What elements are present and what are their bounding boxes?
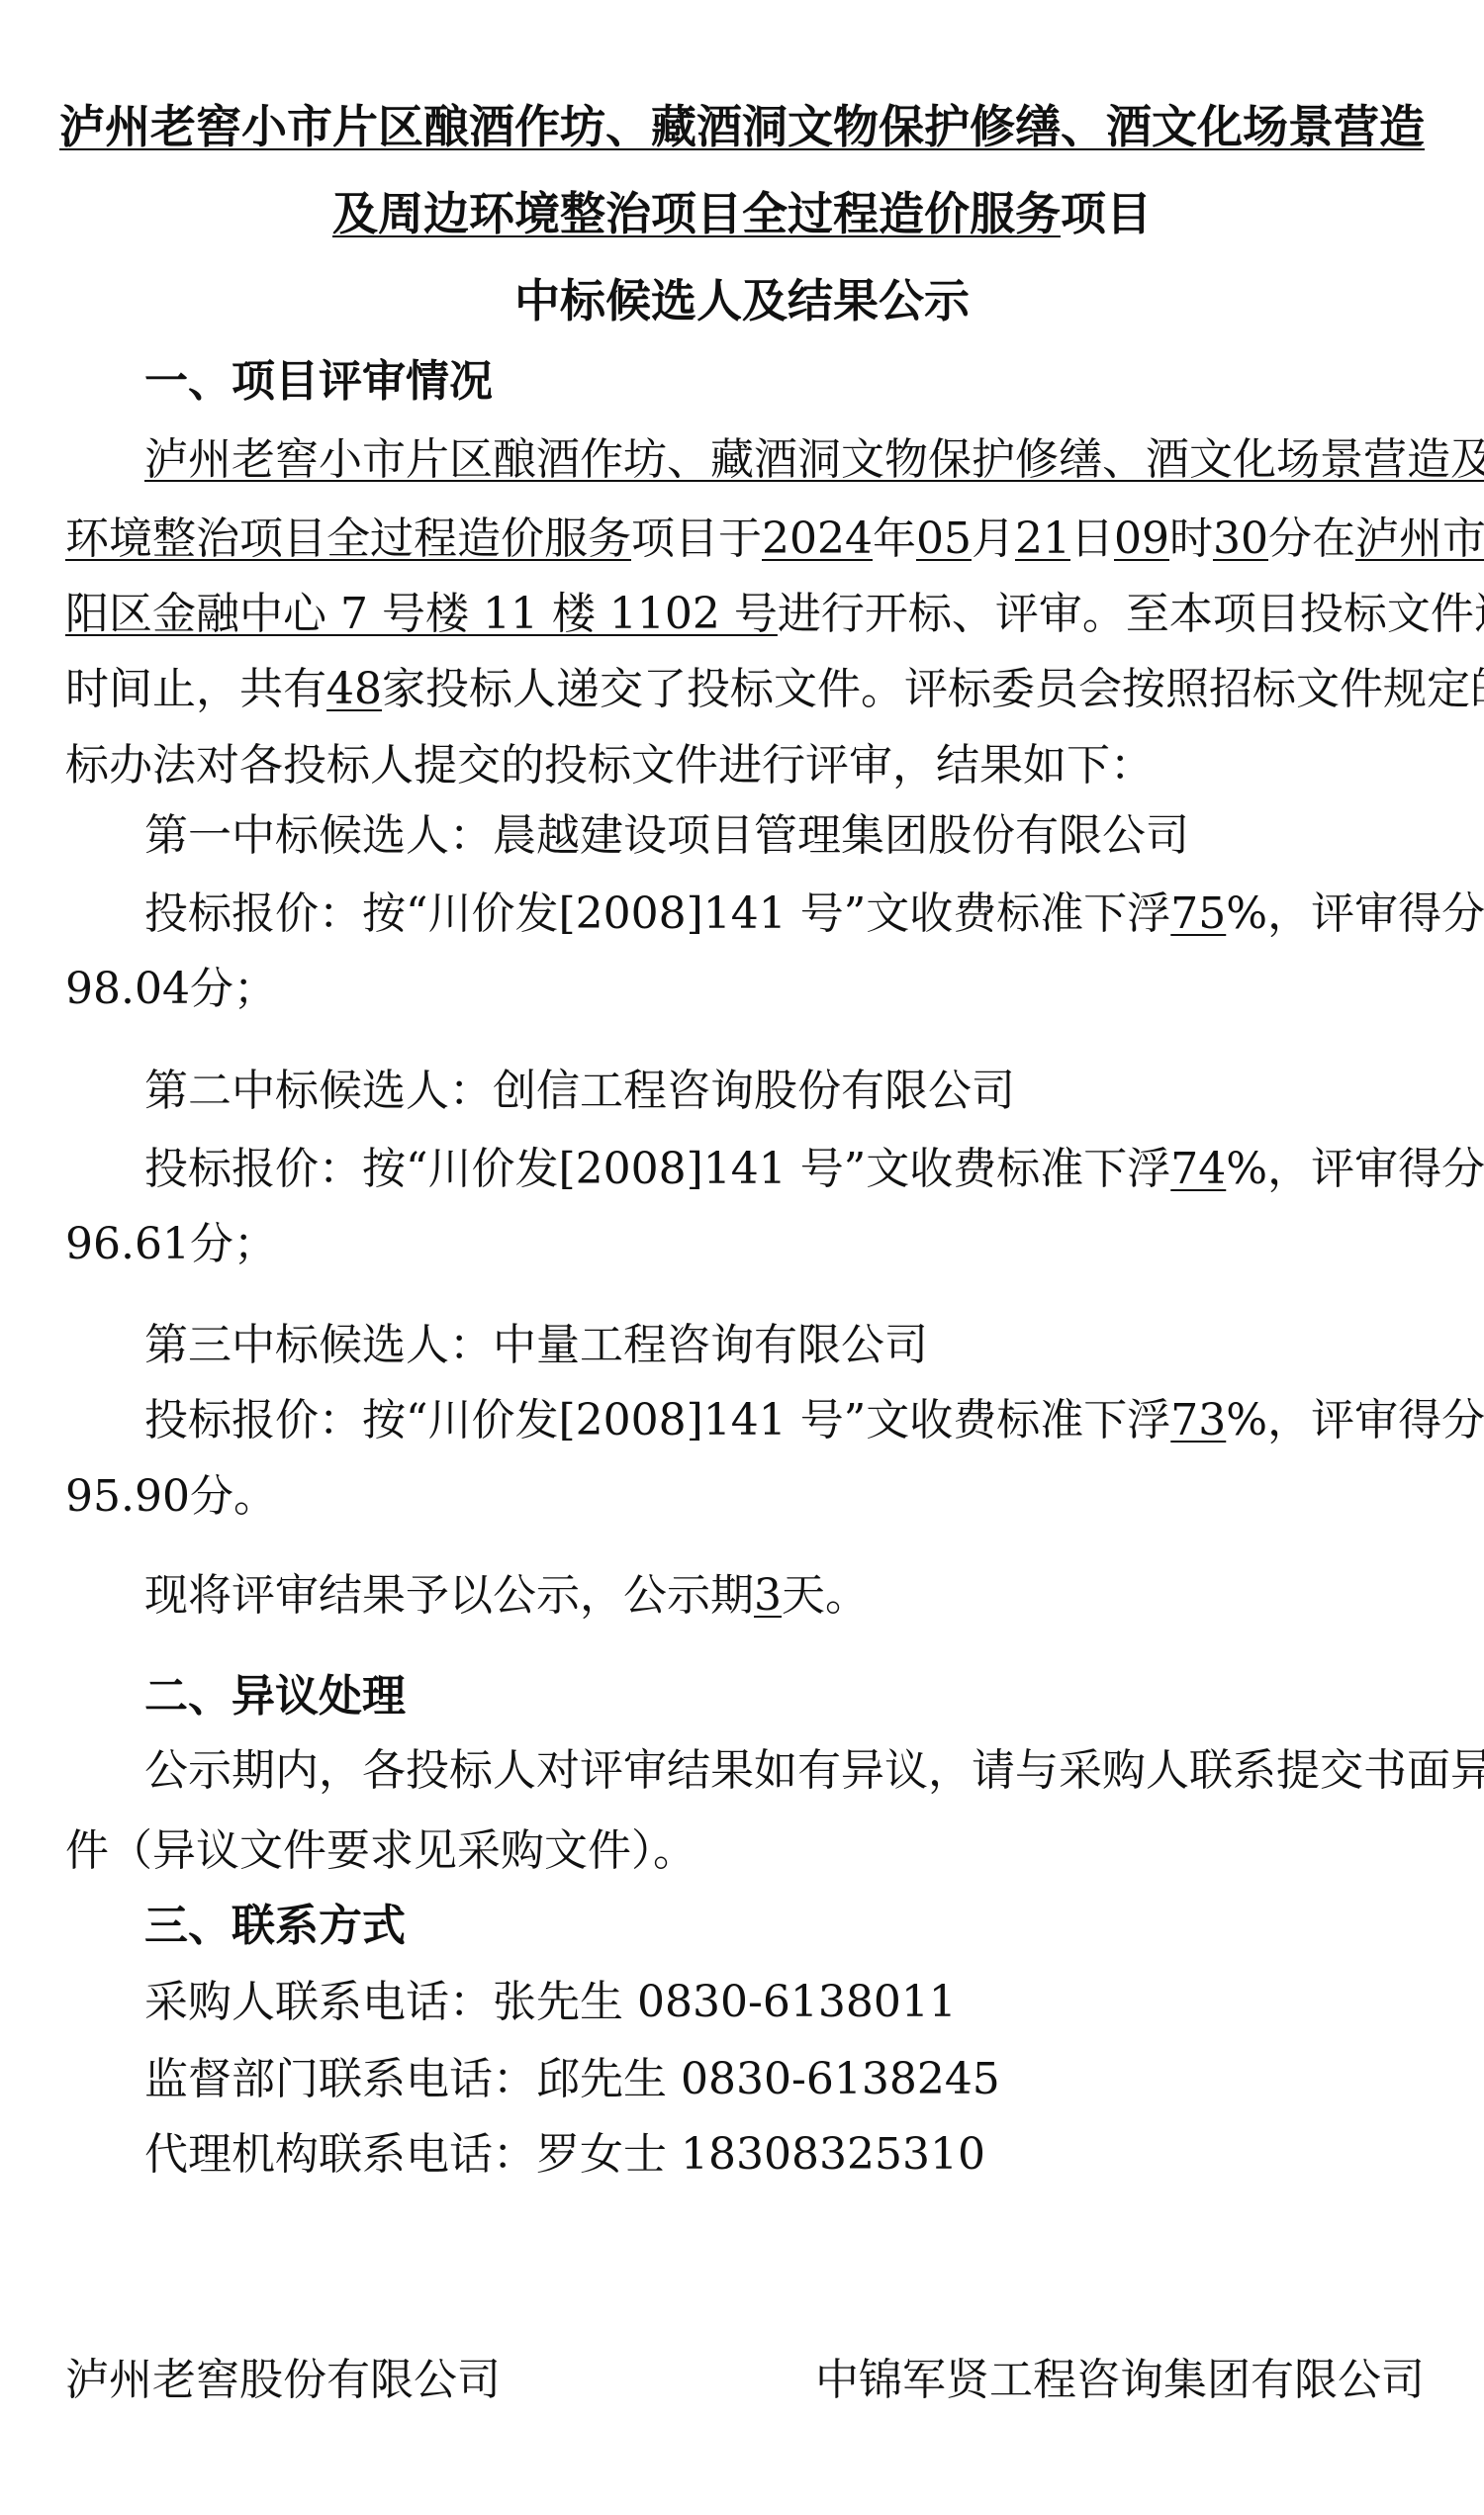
contact-agency: 代理机构联系电话：罗女士 18308325310 (144, 2127, 1427, 2183)
text: 天。 (782, 1570, 869, 1621)
contact-purchaser: 采购人联系电话：张先生 0830-6138011 (144, 1975, 1427, 2030)
agency-signature: 中锦军贤工程咨询集团有限公司 (815, 2353, 1425, 2408)
score-value: 95.90 (65, 1471, 190, 1522)
contact-person: 罗女士 (536, 2129, 667, 2180)
objection-line1: 公示期内，各投标人对评审结果如有异议，请与采购人联系提交书面异议文 (144, 1743, 1427, 1799)
text: 家投标人递交了投标文件。评标委员会按照招标文件规定的评 (382, 664, 1484, 714)
text: 时间止，共有 (65, 664, 326, 714)
candidate-3: 第三中标候选人：中量工程咨询有限公司 (144, 1318, 1427, 1373)
title-line-3: 中标候选人及结果公示 (0, 271, 1484, 330)
score-value: 98.04 (65, 964, 190, 1014)
bidder-count: 48 (326, 664, 382, 714)
section1-heading: 一、项目评审情况 (144, 354, 1427, 410)
section1-para-line5: 标办法对各投标人提交的投标文件进行评审，结果如下： (65, 738, 1427, 793)
candidate-name: 创信工程咨询股份有限公司 (493, 1066, 1015, 1116)
title-line-2: 及周边环境整治项目全过程造价服务项目 (0, 184, 1484, 243)
text: 投标报价：按“川价发[2008]141 号”文收费标准下浮 (144, 1395, 1170, 1445)
publicity-days: 3 (754, 1570, 782, 1621)
contact-person: 邱先生 (536, 2054, 667, 2104)
section1-para-line4: 时间止，共有48家投标人递交了投标文件。评标委员会按照招标文件规定的评 (65, 662, 1427, 717)
candidate-2-price: 投标报价：按“川价发[2008]141 号”文收费标准下浮74%，评审得分： (144, 1142, 1427, 1197)
contact-phone: 0830-6138245 (681, 2054, 1000, 2104)
contact-label: 采购人联系电话： (144, 1977, 493, 2027)
score-value: 96.61 (65, 1219, 190, 1269)
text: 分在 (1268, 513, 1355, 564)
text: 分。 (190, 1471, 277, 1522)
section1-para-line2: 环境整治项目全过程造价服务项目于2024年05月21日09时30分在泸州市江 (65, 512, 1427, 567)
text: 日 (1070, 513, 1114, 564)
candidate-1-price: 投标报价：按“川价发[2008]141 号”文收费标准下浮75%，评审得分： (144, 886, 1427, 942)
purchaser-signature: 泸州老窖股份有限公司 (65, 2353, 501, 2408)
open-minute: 30 (1213, 513, 1268, 564)
location: 泸州市江 (1355, 513, 1484, 564)
candidate-2: 第二中标候选人：创信工程咨询股份有限公司 (144, 1064, 1427, 1119)
contact-label: 监督部门联系电话： (144, 2054, 536, 2104)
title-project-name: 及周边环境整治项目全过程造价服务 (332, 187, 1061, 240)
publicity-notice: 现将评审结果予以公示，公示期3天。 (144, 1568, 1427, 1624)
candidate-3-price: 投标报价：按“川价发[2008]141 号”文收费标准下浮73%，评审得分： (144, 1393, 1427, 1448)
contact-phone: 18308325310 (681, 2129, 985, 2180)
candidate-1-score: 98.04分； (65, 962, 1427, 1017)
candidate-label: 第一中标候选人： (144, 810, 493, 861)
discount-value: 74 (1170, 1144, 1226, 1194)
candidate-label: 第二中标候选人： (144, 1066, 493, 1116)
text: 时 (1169, 513, 1213, 564)
candidate-label: 第三中标候选人： (144, 1320, 493, 1370)
open-day: 21 (1015, 513, 1070, 564)
discount-value: 75 (1170, 888, 1226, 939)
section3-heading: 三、联系方式 (144, 1899, 1427, 1954)
text: %，评审得分： (1226, 888, 1484, 939)
text: 现将评审结果予以公示，公示期 (144, 1570, 754, 1621)
open-hour: 09 (1114, 513, 1169, 564)
text: 年 (873, 513, 916, 564)
candidate-name: 晨越建设项目管理集团股份有限公司 (493, 810, 1189, 861)
open-month: 05 (916, 513, 972, 564)
contact-person: 张先生 (493, 1977, 623, 2027)
title-project-suffix: 项目 (1061, 187, 1152, 240)
candidate-2-score: 96.61分； (65, 1217, 1427, 1272)
text: 投标报价：按“川价发[2008]141 号”文收费标准下浮 (144, 1144, 1170, 1194)
candidate-1: 第一中标候选人：晨越建设项目管理集团股份有限公司 (144, 808, 1427, 864)
candidate-3-score: 95.90分。 (65, 1469, 1427, 1525)
text: 月 (972, 513, 1015, 564)
contact-phone: 0830-6138011 (637, 1977, 957, 2027)
location: 阳区金融中心 7 号楼 11 楼 1102 号 (65, 589, 778, 639)
objection-line2: 件（异议文件要求见采购文件）。 (65, 1823, 1427, 1879)
text: %，评审得分： (1226, 1395, 1484, 1445)
project-name: 环境整治项目全过程造价服务 (65, 513, 631, 564)
discount-value: 73 (1170, 1395, 1226, 1445)
candidate-name: 中量工程咨询有限公司 (493, 1320, 928, 1370)
title-line-1: 泸州老窖小市片区酿酒作坊、藏酒洞文物保护修缮、酒文化场景营造 (0, 97, 1484, 156)
section1-para-line3: 阳区金融中心 7 号楼 11 楼 1102 号进行开标、评审。至本项目投标文件递… (65, 587, 1427, 642)
contact-label: 代理机构联系电话： (144, 2129, 536, 2180)
section1-para-line1: 泸州老窖小市片区酿酒作坊、藏酒洞文物保护修缮、酒文化场景营造及周边 (144, 432, 1427, 488)
open-year: 2024 (762, 513, 873, 564)
text: 项目于 (631, 513, 762, 564)
section2-heading: 二、异议处理 (144, 1669, 1427, 1724)
contact-supervisor: 监督部门联系电话：邱先生 0830-6138245 (144, 2052, 1427, 2107)
text: 分； (190, 964, 277, 1014)
text: 进行开标、评审。至本项目投标文件递交截止 (778, 589, 1484, 639)
text: 分； (190, 1219, 277, 1269)
text: %，评审得分： (1226, 1144, 1484, 1194)
text: 投标报价：按“川价发[2008]141 号”文收费标准下浮 (144, 888, 1170, 939)
